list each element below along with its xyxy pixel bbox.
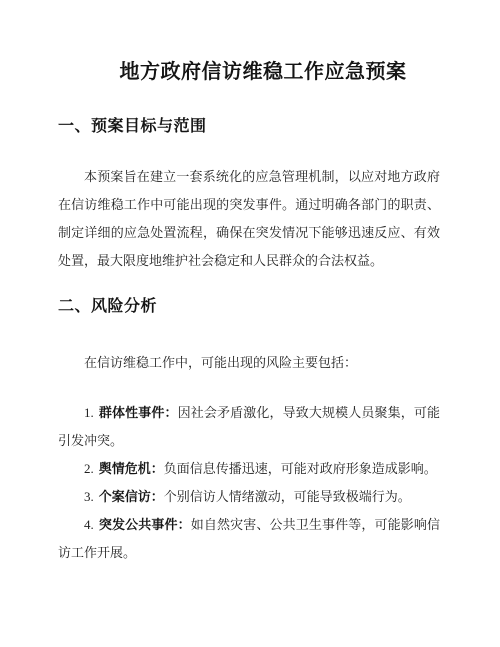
- risk-item-label: 突发公共事件：: [99, 517, 191, 532]
- risk-item-public-emergency: 4.突发公共事件：如自然灾害、公共卫生事件等，可能影响信访工作开展。: [58, 511, 440, 567]
- risk-item-number: 2.: [84, 461, 94, 476]
- risk-item-label: 群体性事件：: [99, 405, 178, 420]
- document-title: 地方政府信访维稳工作应急预案: [58, 59, 440, 86]
- section-heading-risk-analysis: 二、风险分析: [58, 296, 440, 318]
- risk-item-number: 1.: [84, 405, 94, 420]
- document-page: 地方政府信访维稳工作应急预案 一、预案目标与范围 本预案旨在建立一套系统化的应急…: [0, 0, 500, 647]
- risk-item-mass-incident: 1.群体性事件：因社会矛盾激化，导致大规模人员聚集，可能引发冲突。: [58, 399, 440, 455]
- risk-item-text: 负面信息传播迅速，可能对政府形象造成影响。: [164, 461, 437, 476]
- risk-item-individual-petition: 3.个案信访：个别信访人情绪激动，可能导致极端行为。: [58, 483, 440, 511]
- risk-list: 1.群体性事件：因社会矛盾激化，导致大规模人员聚集，可能引发冲突。 2.舆情危机…: [58, 399, 440, 567]
- risk-item-label: 个案信访：: [99, 489, 164, 504]
- risk-item-text: 个别信访人情绪激动，可能导致极端行为。: [164, 489, 411, 504]
- section-heading-plan-goals: 一、预案目标与范围: [58, 116, 440, 138]
- risk-item-opinion-crisis: 2.舆情危机：负面信息传播迅速，可能对政府形象造成影响。: [58, 455, 440, 483]
- paragraph-risk-intro: 在信访维稳工作中，可能出现的风险主要包括：: [58, 349, 440, 377]
- risk-item-label: 舆情危机：: [99, 461, 164, 476]
- paragraph-plan-purpose: 本预案旨在建立一套系统化的应急管理机制，以应对地方政府在信访维稳工作中可能出现的…: [58, 163, 440, 275]
- risk-item-number: 3.: [84, 489, 94, 504]
- risk-item-number: 4.: [84, 517, 94, 532]
